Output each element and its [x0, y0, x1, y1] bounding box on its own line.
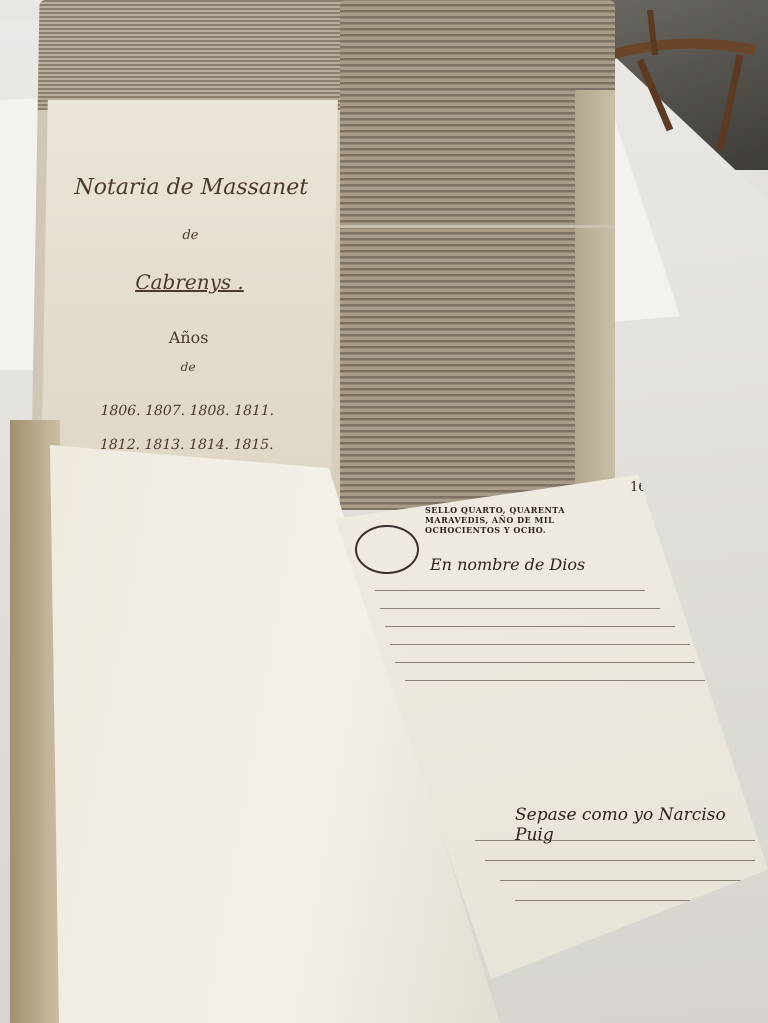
seal-stamp — [355, 525, 419, 574]
spine-years-label: Años — [43, 328, 333, 347]
spine-years-de: de — [43, 360, 333, 374]
page-edges — [38, 0, 350, 110]
open-manuscript: 168 SELLO QUARTO, QUARENTA MARAVEDIS, AÑ… — [10, 420, 768, 1023]
page-closing: Sepase como yo Narciso Puig — [515, 805, 768, 845]
seal-header: SELLO QUARTO, QUARENTA MARAVEDIS, AÑO DE… — [425, 505, 595, 535]
page-number: 168 — [630, 480, 655, 495]
wooden-chair — [600, 10, 760, 150]
spine-years-row1: 1806. 1807. 1808. 1811. — [42, 403, 332, 419]
binding-string — [340, 225, 615, 228]
spine-de: de — [45, 228, 335, 243]
page-heading: En nombre de Dios — [430, 555, 585, 574]
spine-place: Cabrenys . — [44, 270, 334, 294]
spine-title: Notaria de Massanet — [46, 175, 336, 200]
